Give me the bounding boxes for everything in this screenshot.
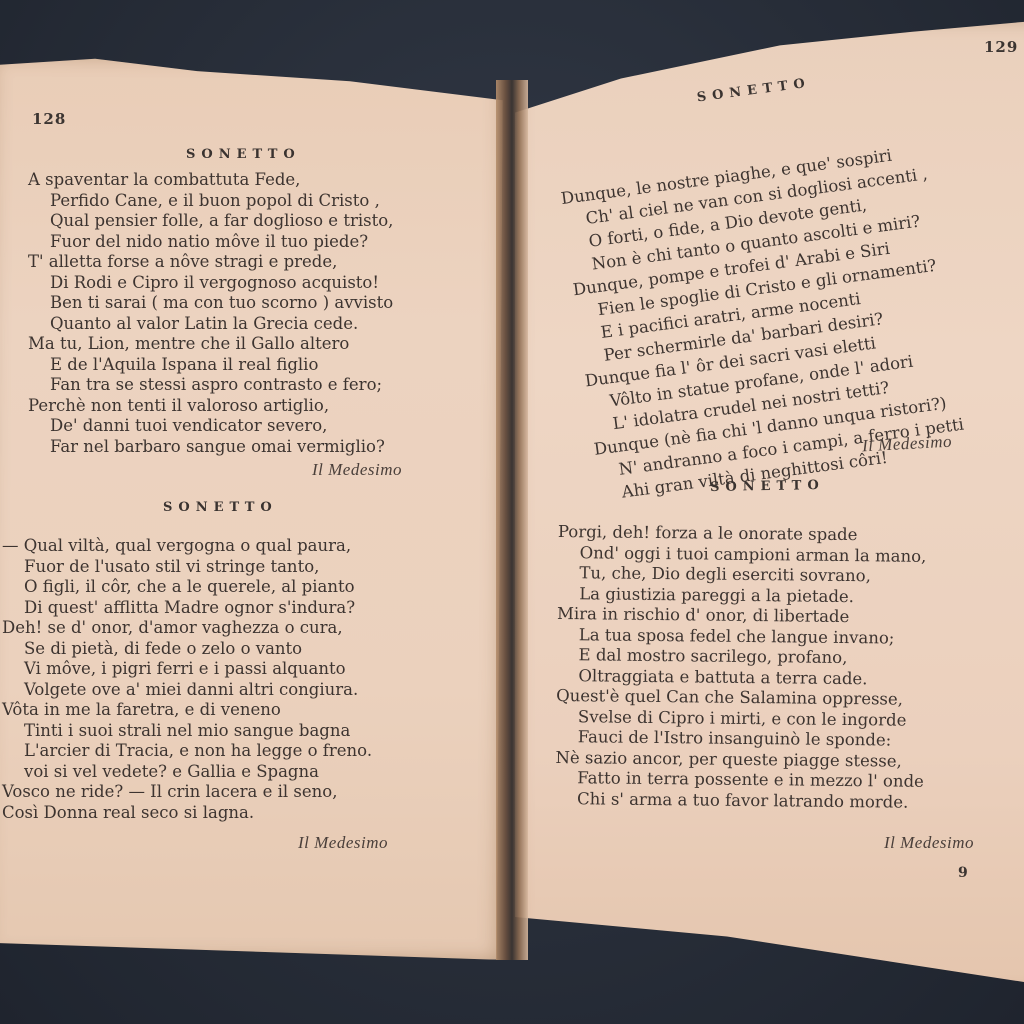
right-sonnet-2-author: Il Medesimo xyxy=(884,833,974,853)
verse-line: Se di pietà, di fede o zelo o vanto xyxy=(2,639,372,660)
left-sonnet-1-title: SONETTO xyxy=(186,147,301,162)
left-sonnet-2-verses: — Qual viltà, qual vergogna o qual paura… xyxy=(2,536,372,823)
right-sonnet-1-verses: Dunque, le nostre piaghe, e que' sospiri… xyxy=(559,125,1024,507)
verse-line: — Qual viltà, qual vergogna o qual paura… xyxy=(2,536,372,557)
verse-line: Perchè non tenti il valoroso artiglio, xyxy=(28,396,393,417)
book-gutter xyxy=(496,80,528,960)
right-page-number: 129 xyxy=(984,38,1018,56)
verse-line: Fan tra se stessi aspro contrasto e fero… xyxy=(28,375,393,396)
verse-line: O figli, il côr, che a le querele, al pi… xyxy=(2,577,372,598)
verse-line: T' alletta forse a nôve stragi e prede, xyxy=(28,252,393,273)
verse-line: Qual pensier folle, a far doglioso e tri… xyxy=(28,211,393,232)
verse-line: Vôta in me la faretra, e di veneno xyxy=(2,700,372,721)
verse-line: L'arcier di Tracia, e non ha legge o fre… xyxy=(2,741,372,762)
left-sonnet-2-title: SONETTO xyxy=(163,500,278,515)
verse-line: Vi môve, i pigri ferri e i passi alquant… xyxy=(2,659,372,680)
verse-line: Far nel barbaro sangue omai vermiglio? xyxy=(28,437,393,458)
verse-line: A spaventar la combattuta Fede, xyxy=(28,170,393,191)
verse-line: Vosco ne ride? — Il crin lacera e il sen… xyxy=(2,782,372,803)
verse-line: De' danni tuoi vendicator severo, xyxy=(28,416,393,437)
verse-line: voi si vel vedete? e Gallia e Spagna xyxy=(2,762,372,783)
verse-line: Ben ti sarai ( ma con tuo scorno ) avvis… xyxy=(28,293,393,314)
verse-line: Fuor de l'usato stil vi stringe tanto, xyxy=(2,557,372,578)
verse-line: Ma tu, Lion, mentre che il Gallo altero xyxy=(28,334,393,355)
verse-line: Così Donna real seco si lagna. xyxy=(2,803,372,824)
left-sonnet-1-author: Il Medesimo xyxy=(312,460,402,480)
verse-line: Quanto al valor Latin la Grecia cede. xyxy=(28,314,393,335)
verse-line: E de l'Aquila Ispana il real figlio xyxy=(28,355,393,376)
left-sonnet-1-verses: A spaventar la combattuta Fede,Perfido C… xyxy=(28,170,393,457)
left-sonnet-2-author: Il Medesimo xyxy=(298,833,388,853)
verse-line: Fuor del nido natio môve il tuo piede? xyxy=(28,232,393,253)
verse-line: Chi s' arma a tuo favor latrando morde. xyxy=(555,788,924,812)
verse-line: Di Rodi e Cipro il vergognoso acquisto! xyxy=(28,273,393,294)
left-page-number: 128 xyxy=(32,110,66,128)
verse-line: Deh! se d' onor, d'amor vaghezza o cura, xyxy=(2,618,372,639)
right-sonnet-2-verses: Porgi, deh! forza a le onorate spadeOnd'… xyxy=(555,522,927,813)
verse-line: Tinti i suoi strali nel mio sangue bagna xyxy=(2,721,372,742)
signature-mark: 9 xyxy=(958,865,969,881)
verse-line: Perfido Cane, e il buon popol di Cristo … xyxy=(28,191,393,212)
verse-line: Volgete ove a' miei danni altri congiura… xyxy=(2,680,372,701)
verse-line: Di quest' afflitta Madre ognor s'indura? xyxy=(2,598,372,619)
right-sonnet-2-title: SONETTO xyxy=(710,478,825,495)
